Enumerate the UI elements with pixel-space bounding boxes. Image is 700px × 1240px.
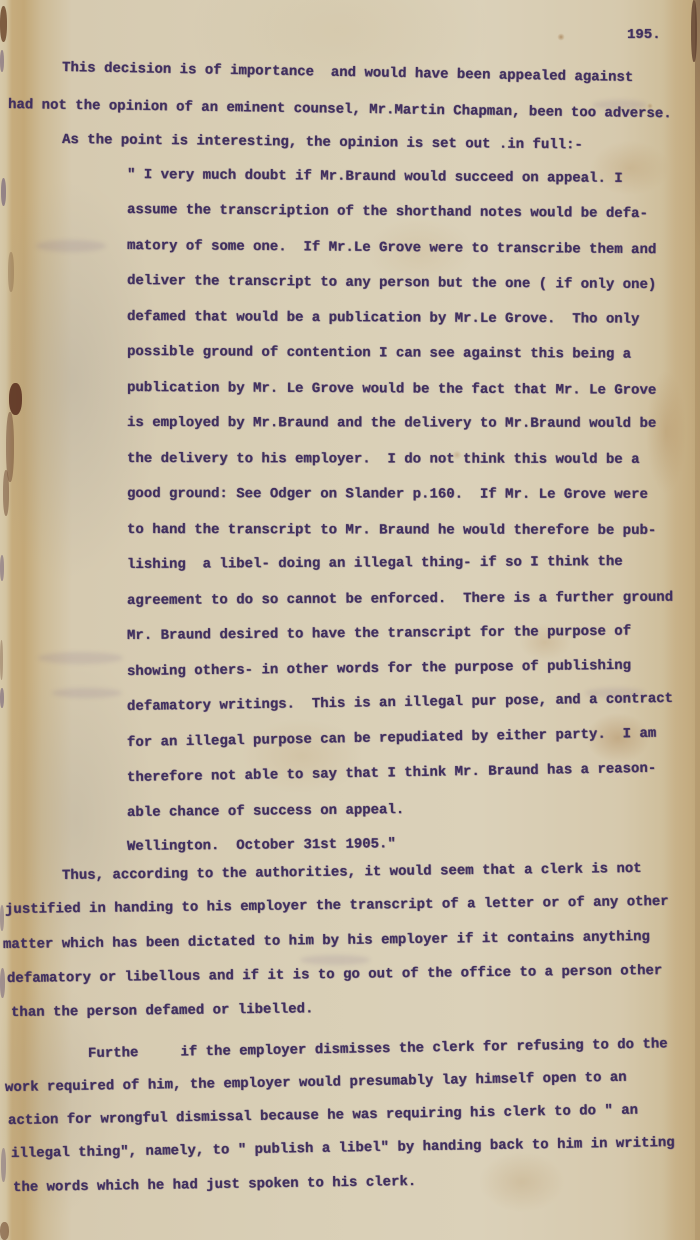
binding-stain: [1, 1148, 6, 1182]
text-line: " I very much doubt if Mr.Braund would s…: [127, 167, 623, 187]
text-line: to hand the transcript to Mr. Braund he …: [127, 522, 656, 539]
text-line: therefore not able to say that I think M…: [127, 761, 656, 786]
binding-stain: [0, 6, 7, 42]
text-line: matory of some one. If Mr.Le Grove were …: [127, 238, 656, 258]
binding-stain: [9, 383, 22, 415]
binding-stain: [3, 470, 9, 516]
binding-stain: [0, 640, 3, 680]
text-line: work required of him, the employer would…: [5, 1070, 627, 1096]
text-line: the words which he had just spoken to hi…: [13, 1174, 416, 1196]
ink-smudge: [38, 652, 123, 664]
text-line: Wellington. October 31st 1905.": [127, 836, 396, 855]
binding-stain: [0, 905, 4, 931]
binding-stain: [0, 555, 4, 581]
text-line: good ground: See Odger on Slander p.160.…: [127, 486, 648, 503]
text-line: As the point is interesting, the opinion…: [62, 132, 583, 153]
text-line: is employed by Mr.Braund and the deliver…: [127, 415, 656, 432]
text-line: deliver the transcript to any person but…: [127, 273, 656, 293]
binding-stain: [0, 968, 5, 998]
text-line: lishing a libel- doing an illegal thing-…: [127, 554, 623, 573]
text-line: illegal thing", namely, to " publish a l…: [11, 1135, 675, 1162]
text-line: publication by Mr. Le Grove would be the…: [127, 380, 656, 399]
page-number: 195.: [627, 27, 661, 43]
text-line: for an illegal purpose can be repudiated…: [127, 726, 656, 751]
text-line: assume the transcription of the shorthan…: [127, 202, 648, 222]
text-line: possible ground of contention I can see …: [127, 344, 631, 363]
text-line: Furthe if the employer dismisses the cle…: [88, 1036, 668, 1062]
binding-stain: [0, 50, 4, 72]
text-line: defamed that would be a publication by M…: [127, 309, 640, 328]
ink-smudge: [585, 688, 645, 698]
page-edge-mark: [691, 0, 697, 62]
text-line: had not the opinion of an eminent counse…: [8, 97, 672, 122]
text-line: Thus, according to the authorities, it w…: [62, 861, 642, 884]
ink-smudge: [52, 688, 122, 698]
ink-smudge: [36, 240, 106, 252]
ink-smudge: [300, 955, 370, 965]
text-line: able chance of success on appeal.: [127, 802, 404, 821]
page-edge-shadow: [695, 0, 700, 1240]
text-line: the delivery to his employer. I do not t…: [127, 451, 640, 468]
text-line: justified in handing to his employer the…: [5, 894, 669, 918]
ink-smudge: [592, 100, 647, 110]
binding-stain: [0, 688, 4, 708]
binding-stain: [0, 1222, 9, 1240]
document-page: 195. This decision is of importance and …: [0, 0, 700, 1240]
binding-stain: [8, 252, 14, 292]
text-line: matter which has been dictated to him by…: [3, 929, 650, 953]
text-line: agreement to do so cannot be enforced. T…: [127, 590, 673, 609]
text-line: defamatory or libellous and if it is to …: [7, 963, 662, 987]
text-line: than the person defamed or libelled.: [11, 1001, 314, 1021]
text-line: This decision is of importance and would…: [62, 60, 633, 86]
text-line: Mr. Braund desired to have the transcrip…: [127, 624, 631, 644]
text-line: showing others- in other words for the p…: [127, 658, 631, 680]
text-line: action for wrongful dismissal because he…: [8, 1103, 638, 1129]
binding-stain: [1, 178, 6, 206]
